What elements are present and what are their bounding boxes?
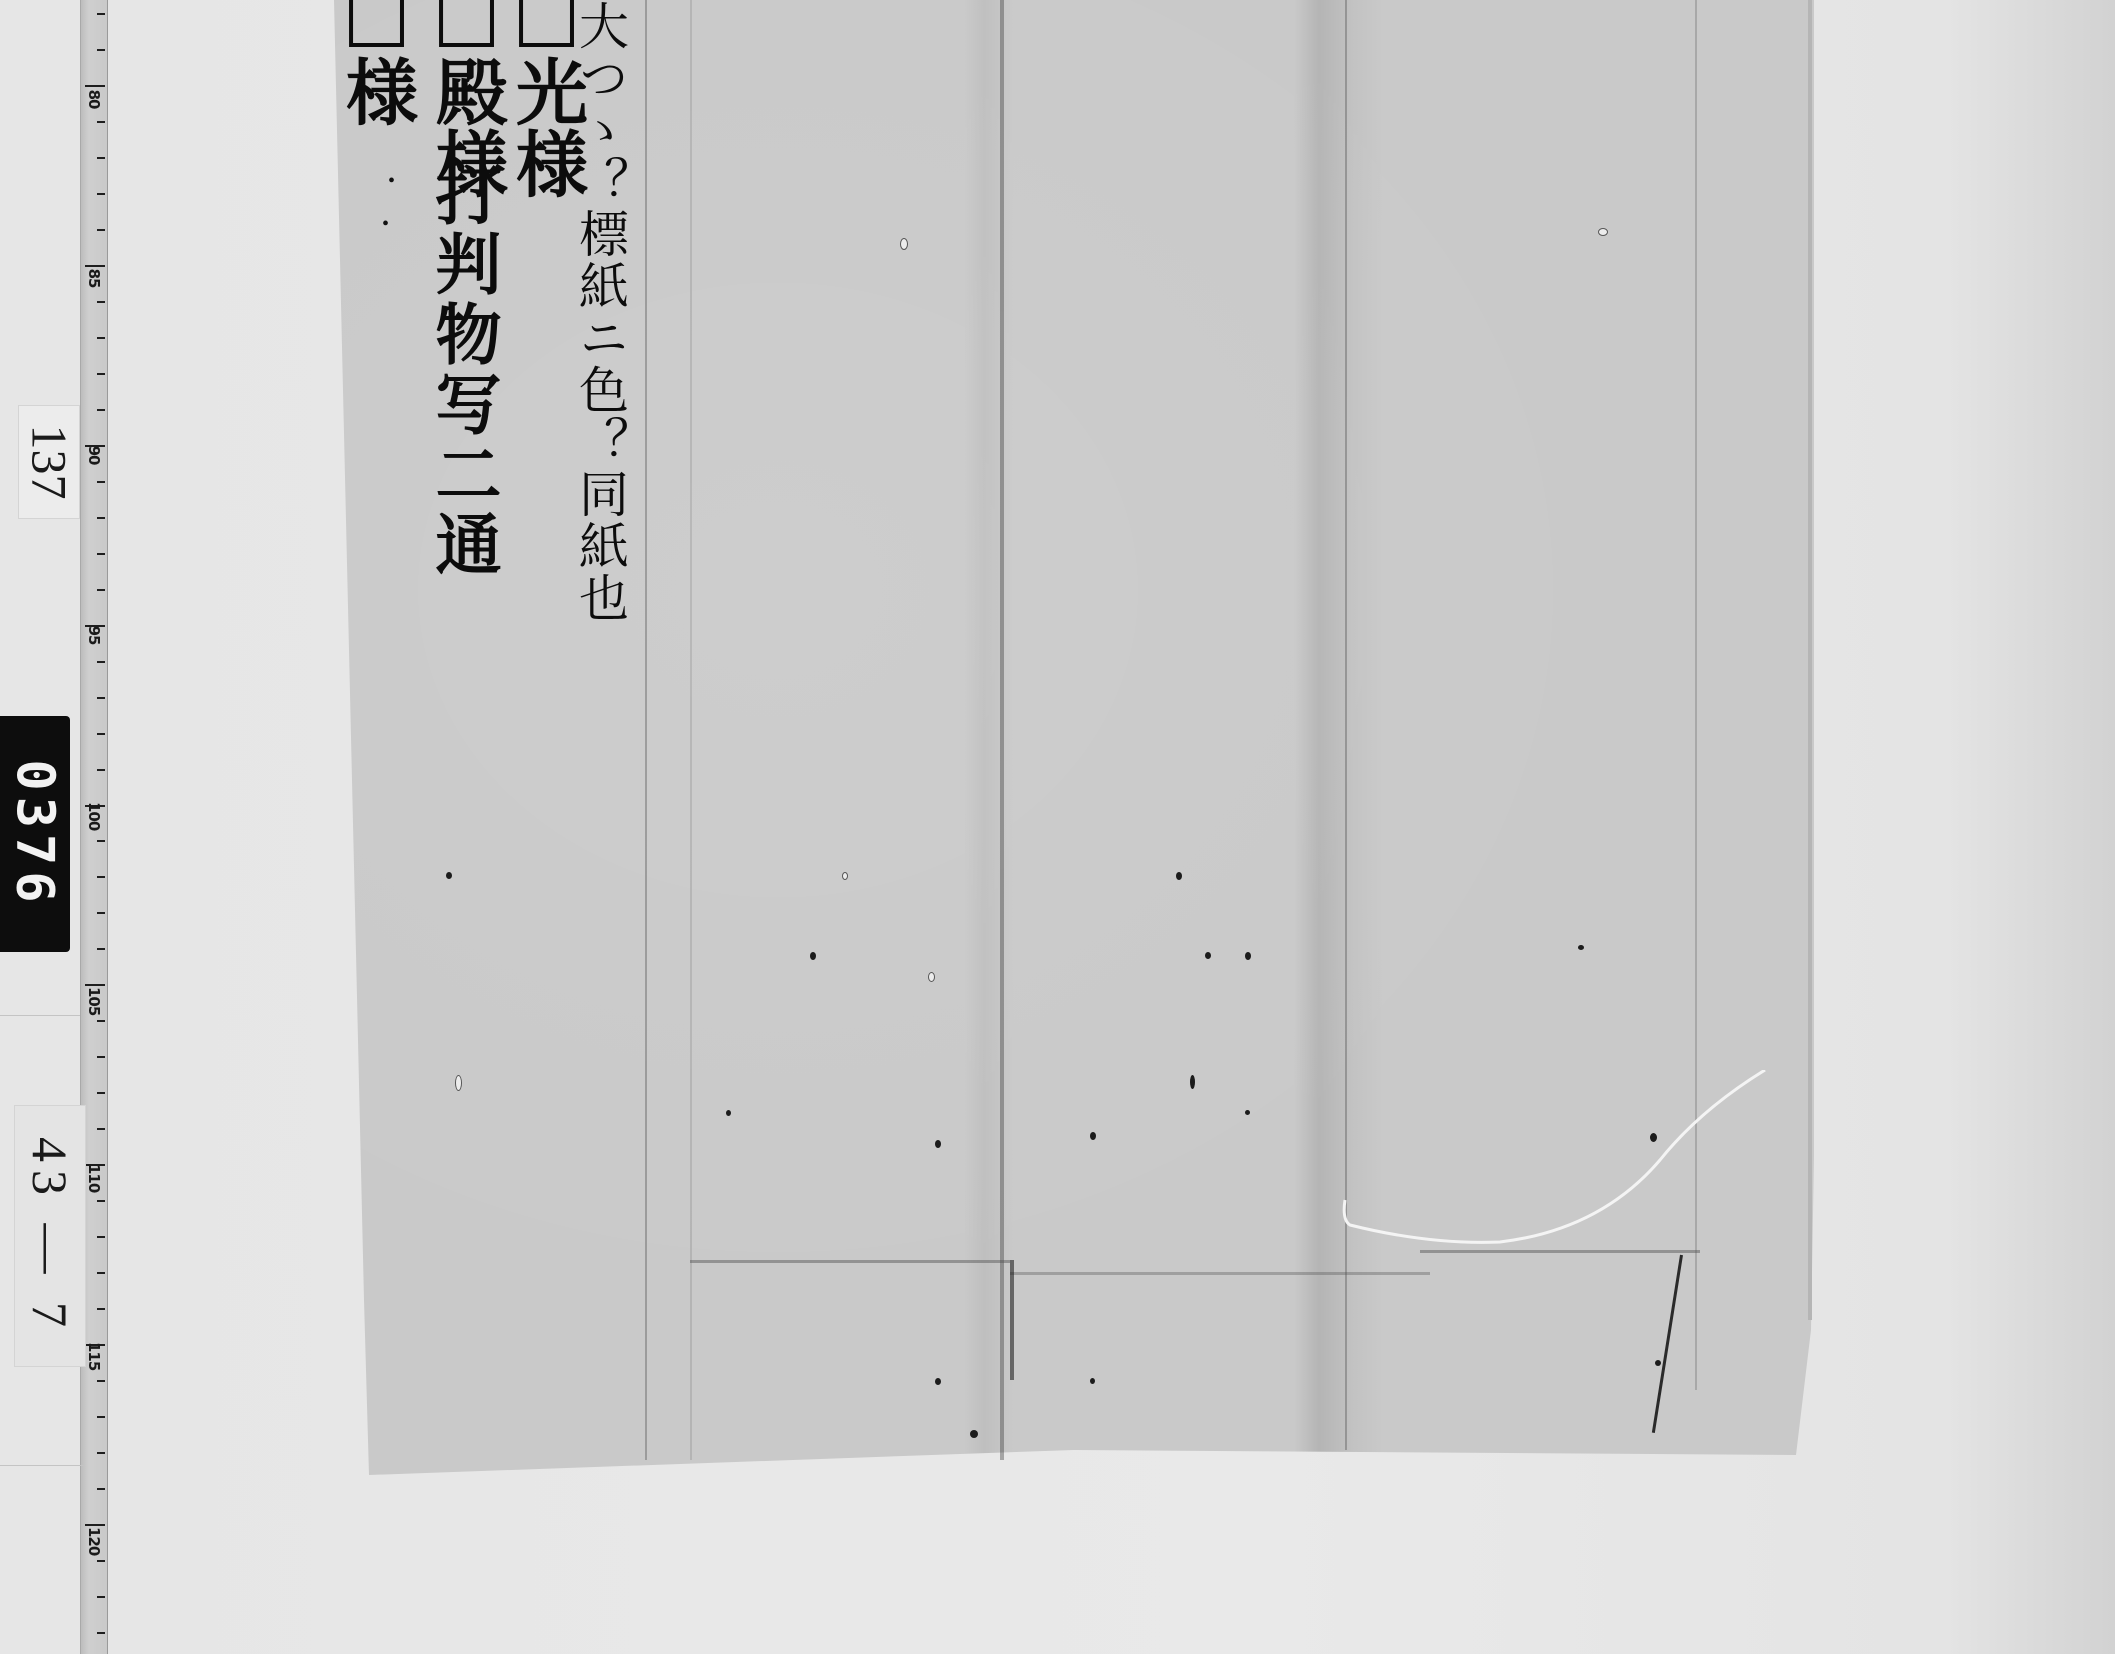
ink-dot: • xyxy=(382,213,389,236)
ruler-number: 110 xyxy=(85,1164,103,1186)
fold-line-vertical xyxy=(1000,0,1004,1460)
volume-item-label: 43 — 7 xyxy=(14,1105,86,1367)
worm-hole xyxy=(1090,1378,1095,1384)
worm-hole xyxy=(970,1430,978,1438)
ruler-tick xyxy=(97,1056,105,1058)
ruler-tick xyxy=(97,193,105,195)
ruler-tick xyxy=(97,948,105,950)
ruler-tick xyxy=(97,733,105,735)
ruler-tick xyxy=(97,1416,105,1418)
worm-hole xyxy=(900,238,908,250)
ink-dot: • xyxy=(388,170,395,193)
ruler-tick xyxy=(97,301,105,303)
ruler-tick xyxy=(97,1128,105,1130)
ruler-tick xyxy=(97,1596,105,1598)
annotation-note: 大つゝ？標紙ニ色？同紙也 xyxy=(575,0,625,624)
ruler-tick xyxy=(97,1488,105,1490)
fold-line-horizontal xyxy=(690,1260,1010,1263)
ruler-tick xyxy=(97,661,105,663)
ruler-tick xyxy=(97,1308,105,1310)
worm-hole xyxy=(1578,945,1584,950)
ruler-tick xyxy=(97,1092,105,1094)
worm-hole xyxy=(810,952,816,960)
ruler-tick xyxy=(97,1272,105,1274)
worm-hole xyxy=(935,1140,941,1148)
ruler-tick xyxy=(97,13,105,15)
ruler-number: 95 xyxy=(85,624,103,646)
ruler-tick xyxy=(97,121,105,123)
worm-hole xyxy=(1176,872,1182,880)
ruler-tick xyxy=(97,337,105,339)
ruler-number: 90 xyxy=(85,444,103,466)
worm-hole xyxy=(726,1110,731,1116)
ruler-tick xyxy=(97,229,105,231)
worm-hole xyxy=(842,872,848,880)
worm-hole xyxy=(1650,1133,1657,1142)
label-divider xyxy=(0,1465,84,1466)
ruler-number: 105 xyxy=(85,987,103,1009)
fold-line-horizontal xyxy=(1010,1272,1430,1275)
worm-hole xyxy=(1655,1360,1661,1366)
ruler-tick xyxy=(97,1236,105,1238)
label-divider xyxy=(0,1015,80,1016)
frame-number-label: 0376 xyxy=(0,716,70,952)
ruler-tick xyxy=(97,589,105,591)
worm-hole xyxy=(1245,1110,1250,1115)
loose-thread xyxy=(1340,1070,1780,1260)
ink-stain xyxy=(1010,1260,1014,1380)
ruler-tick xyxy=(97,409,105,411)
worm-hole xyxy=(1598,228,1608,236)
fold-line-vertical xyxy=(645,0,647,1460)
worm-hole xyxy=(1090,1132,1096,1140)
ruler-tick xyxy=(97,373,105,375)
worm-hole xyxy=(1205,952,1211,959)
ruler-tick xyxy=(97,1020,105,1022)
ruler-tick xyxy=(97,553,105,555)
addressee-line: □様 xyxy=(340,0,412,127)
ruler-tick xyxy=(97,1380,105,1382)
volume-item-text: 43 — 7 xyxy=(21,1137,79,1335)
ruler-tick xyxy=(85,1524,105,1526)
ruler-tick xyxy=(97,481,105,483)
fold-line-vertical xyxy=(690,0,692,1460)
ruler-number: 120 xyxy=(85,1527,103,1549)
ruler-number: 85 xyxy=(85,267,103,289)
worm-hole xyxy=(1190,1075,1195,1089)
ruler-tick xyxy=(97,1632,105,1634)
ruler-tick xyxy=(97,840,105,842)
worm-hole xyxy=(1245,952,1251,960)
ruler-tick xyxy=(85,85,105,87)
ruler-tick xyxy=(97,1452,105,1454)
paper-right-edge xyxy=(1808,0,1812,1320)
ruler-tick xyxy=(97,697,105,699)
worm-hole xyxy=(446,872,452,879)
reel-number-text: 137 xyxy=(20,425,78,500)
ruler-tick xyxy=(97,517,105,519)
ruler-tick xyxy=(97,1200,105,1202)
measuring-ruler: 80859095100105110115120 xyxy=(80,0,108,1654)
ruler-number: 115 xyxy=(85,1342,103,1364)
ruler-tick xyxy=(97,912,105,914)
worm-hole xyxy=(455,1075,462,1091)
document-title-line: 打判物写二通 xyxy=(430,160,496,580)
reel-number-label: 137 xyxy=(18,405,80,519)
ruler-number: 80 xyxy=(85,88,103,110)
ruler-tick xyxy=(97,157,105,159)
worm-hole xyxy=(935,1378,941,1385)
ruler-tick xyxy=(97,1560,105,1562)
ruler-number: 100 xyxy=(85,802,103,824)
worm-hole xyxy=(928,972,935,982)
frame-number-text: 0376 xyxy=(5,759,65,908)
ruler-tick xyxy=(97,769,105,771)
ruler-tick xyxy=(97,49,105,51)
ruler-tick xyxy=(97,876,105,878)
